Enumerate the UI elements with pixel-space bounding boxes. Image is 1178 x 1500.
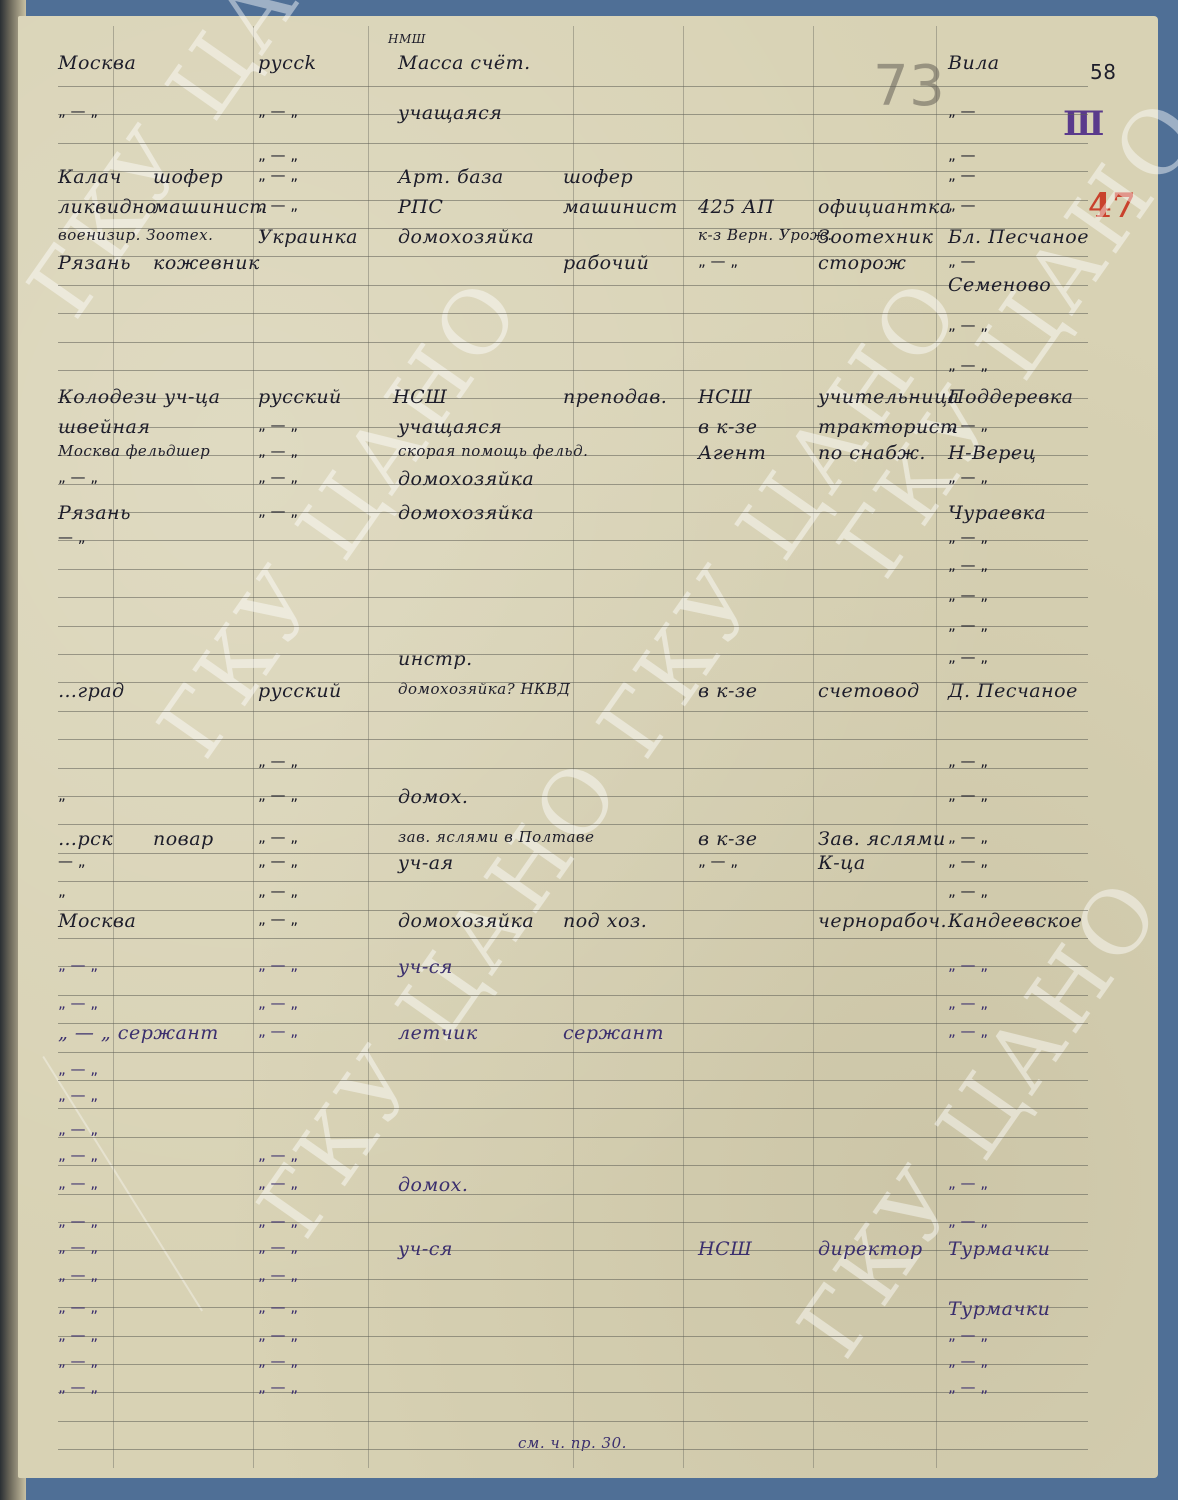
ruled-line bbox=[58, 1108, 1088, 1109]
cell-place: Калач bbox=[58, 166, 122, 188]
cell-place2: машинист bbox=[153, 196, 268, 218]
ruled-line bbox=[58, 995, 1088, 996]
cell-village: „ — „ bbox=[948, 1326, 988, 1344]
cell-nationality: русский bbox=[258, 386, 342, 408]
ruled-line bbox=[58, 1137, 1088, 1138]
cell-occupation: скорая помощь фельд. bbox=[398, 442, 588, 460]
cell-occupation: учащаяся bbox=[398, 102, 502, 124]
ruled-line bbox=[58, 1194, 1088, 1195]
ruled-line bbox=[58, 86, 1088, 87]
cell-village: „ — „ bbox=[948, 616, 988, 634]
cell-place: военизир. Зоотех. bbox=[58, 226, 213, 244]
cell-nationality: „ — „ bbox=[258, 1298, 298, 1316]
cell-place: …рск bbox=[58, 828, 113, 850]
cell-place: „ — „ сержант bbox=[58, 1022, 219, 1044]
cell-occupation: домохозяйка? НКВД bbox=[398, 680, 570, 698]
cell-occupation: Массa счёт. bbox=[398, 52, 531, 74]
cell-unit: „ — „ bbox=[698, 252, 738, 270]
cell-occupation: РПС bbox=[398, 196, 443, 218]
cell-place: „ bbox=[58, 882, 66, 900]
ruled-line bbox=[58, 1250, 1088, 1251]
ruled-line bbox=[58, 597, 1088, 598]
ruled-line bbox=[58, 1222, 1088, 1223]
cell-place: „ — „ bbox=[58, 1174, 98, 1192]
cell-occupation3: тракторист bbox=[818, 416, 958, 438]
ruled-line bbox=[58, 313, 1088, 314]
cell-nationality: „ — „ bbox=[258, 166, 298, 184]
ruled-line bbox=[58, 285, 1088, 286]
ruled-line bbox=[58, 569, 1088, 570]
cell-nationality: „ — „ bbox=[258, 146, 298, 164]
cell-place: — „ bbox=[58, 528, 86, 546]
cell-village: „ — „ bbox=[948, 1022, 988, 1040]
cell-place: Рязань bbox=[58, 502, 131, 524]
ruled-line bbox=[58, 1421, 1088, 1422]
cell-occupation: учащаяся bbox=[398, 416, 502, 438]
column-rule bbox=[253, 26, 254, 1468]
cell-occupation3: учительница bbox=[818, 386, 960, 408]
cell-nationality: „ — „ bbox=[258, 852, 298, 870]
cell-nationality: „ — „ bbox=[258, 1266, 298, 1284]
cell-place: ликвидно bbox=[58, 196, 157, 218]
cell-edu: НМШ bbox=[388, 32, 426, 46]
cell-occupation: уч-ая bbox=[398, 852, 454, 874]
cell-village: Турмачки bbox=[948, 1298, 1050, 1320]
ledger-page: 73 58 Ⅲ 47 см. ч. пр. 30. ГКУ ЦАНО ГКУ Ц… bbox=[18, 16, 1158, 1478]
cell-village: „ — „ bbox=[948, 316, 988, 334]
cell-village: „ — bbox=[948, 102, 976, 120]
cell-village: „ — „ bbox=[948, 1212, 988, 1230]
ruled-line bbox=[58, 824, 1088, 825]
cell-place: — „ bbox=[58, 852, 86, 870]
cell-village: „ — „ bbox=[948, 882, 988, 900]
cell-occupation2: преподав. bbox=[563, 386, 667, 408]
ruled-line bbox=[58, 1364, 1088, 1365]
cell-place: „ — „ bbox=[58, 1298, 98, 1316]
cell-occupation2: сержант bbox=[563, 1022, 664, 1044]
cell-village: Д. Песчаное bbox=[948, 680, 1078, 702]
ruled-line bbox=[58, 881, 1088, 882]
cell-occupation: уч-ся bbox=[398, 1238, 453, 1260]
cell-place: „ — „ bbox=[58, 1266, 98, 1284]
cell-place: „ — „ bbox=[58, 1120, 98, 1138]
ruled-line bbox=[58, 711, 1088, 712]
cell-place2: шофер bbox=[153, 166, 223, 188]
cell-village: „ — „ bbox=[948, 556, 988, 574]
cell-place: Колодези уч-ца bbox=[58, 386, 220, 408]
ruled-line bbox=[58, 1165, 1088, 1166]
ruled-line bbox=[58, 114, 1088, 115]
cell-village: „ — „ bbox=[948, 752, 988, 770]
cell-village: „ — bbox=[948, 166, 976, 184]
cell-place: Москва bbox=[58, 910, 136, 932]
ruled-line bbox=[58, 1052, 1088, 1053]
cell-village: „ — „ bbox=[948, 852, 988, 870]
cell-occupation: домох. bbox=[398, 786, 468, 808]
cell-place: „ — „ bbox=[58, 1086, 98, 1104]
cell-nationality: „ — „ bbox=[258, 956, 298, 974]
cell-nationality: „ — „ bbox=[258, 994, 298, 1012]
cell-village: „ — „ bbox=[948, 994, 988, 1012]
ruled-line bbox=[58, 342, 1088, 343]
cell-nationality: „ — „ bbox=[258, 752, 298, 770]
cell-occupation: инстр. bbox=[398, 648, 473, 670]
cell-village: „ — „ bbox=[948, 528, 988, 546]
cell-village: „ — „ bbox=[948, 956, 988, 974]
cell-nationality: „ — „ bbox=[258, 102, 298, 120]
cell-nationality: „ — „ bbox=[258, 786, 298, 804]
cell-occupation3: счетовод bbox=[818, 680, 920, 702]
cell-village: Семеново bbox=[948, 274, 1051, 296]
cell-village: „ — „ bbox=[948, 828, 988, 846]
cell-village: Бл. Песчаное bbox=[948, 226, 1089, 248]
column-rule bbox=[936, 26, 937, 1468]
cell-village: „ — „ bbox=[948, 586, 988, 604]
cell-occupation2: рабочий bbox=[563, 252, 649, 274]
sheet-number: 58 bbox=[1090, 60, 1116, 84]
cell-village: „ — „ bbox=[948, 356, 988, 374]
column-rule bbox=[573, 26, 574, 1468]
cell-place: „ — „ bbox=[58, 994, 98, 1012]
column-rule bbox=[683, 26, 684, 1468]
cell-place: „ — „ bbox=[58, 1378, 98, 1396]
cell-occupation: домохозяйка bbox=[398, 468, 534, 490]
cell-village: „ — „ bbox=[948, 648, 988, 666]
cell-occupation3: официантка bbox=[818, 196, 952, 218]
cell-occupation3: чернорабоч. bbox=[818, 910, 947, 932]
cell-occupation: летчик bbox=[398, 1022, 478, 1044]
cell-occupation3: Зав. яслями bbox=[818, 828, 946, 850]
ruled-line bbox=[58, 484, 1088, 485]
cell-unit: в к-зе bbox=[698, 828, 757, 850]
cell-nationality: „ — „ bbox=[258, 1022, 298, 1040]
cell-occupation2: под хоз. bbox=[563, 910, 647, 932]
ruled-line bbox=[58, 1336, 1088, 1337]
cell-unit: НСШ bbox=[698, 386, 752, 408]
cell-place: швейная bbox=[58, 416, 150, 438]
cell-place: …град bbox=[58, 680, 125, 702]
cell-place: „ — „ bbox=[58, 1352, 98, 1370]
cell-nationality: „ — „ bbox=[258, 1352, 298, 1370]
cell-village: Чураевка bbox=[948, 502, 1046, 524]
cell-occupation2: шофер bbox=[563, 166, 633, 188]
archive-watermark: ГКУ ЦАНО bbox=[578, 259, 983, 775]
cell-place: Москва bbox=[58, 52, 136, 74]
cell-nationality: „ — „ bbox=[258, 828, 298, 846]
cell-unit: в к-зе bbox=[698, 416, 757, 438]
ruled-line bbox=[58, 626, 1088, 627]
cell-occupation: домох. bbox=[398, 1174, 468, 1196]
cell-unit: Агент bbox=[698, 442, 766, 464]
cell-place: „ — „ bbox=[58, 1060, 98, 1078]
ruled-line bbox=[58, 966, 1088, 967]
cell-occupation: домохозяйка bbox=[398, 910, 534, 932]
column-rule bbox=[368, 26, 369, 1468]
cell-nationality: „ — „ bbox=[258, 1238, 298, 1256]
cell-place: „ — „ bbox=[58, 102, 98, 120]
cell-occupation: Арт. база bbox=[398, 166, 504, 188]
cell-occupation3: Зоотехник bbox=[818, 226, 933, 248]
cell-occupation2: машинист bbox=[563, 196, 678, 218]
cell-place2: кожевник bbox=[153, 252, 260, 274]
cell-nationality: „ — „ bbox=[258, 196, 298, 214]
cell-edu: НСШ bbox=[393, 386, 447, 408]
cell-unit: к-з Верн. Урож. bbox=[698, 226, 833, 244]
cell-occupation3: К-ца bbox=[818, 852, 866, 874]
red-correction-mark: Ⅲ bbox=[1063, 104, 1105, 144]
cell-village: Турмачки bbox=[948, 1238, 1050, 1260]
cell-nationality: „ — „ bbox=[258, 1146, 298, 1164]
cell-nationality: „ — „ bbox=[258, 468, 298, 486]
ruled-line bbox=[58, 1307, 1088, 1308]
cell-occupation: домохозяйка bbox=[398, 502, 534, 524]
cell-unit: в к-зе bbox=[698, 680, 757, 702]
cell-place2: повар bbox=[153, 828, 214, 850]
cell-place: „ — „ bbox=[58, 1326, 98, 1344]
cell-occupation: домохозяйка bbox=[398, 226, 534, 248]
cell-village: „ — „ bbox=[948, 1174, 988, 1192]
cell-village: „ — bbox=[948, 146, 976, 164]
cell-place: Рязань bbox=[58, 252, 131, 274]
cell-nationality: Украинка bbox=[258, 226, 358, 248]
ruled-line bbox=[58, 1392, 1088, 1393]
cell-village: „ — „ bbox=[948, 1352, 988, 1370]
cell-place: Москва фельдшер bbox=[58, 442, 210, 460]
cell-unit: НСШ bbox=[698, 1238, 752, 1260]
ruled-line bbox=[58, 768, 1088, 769]
ruled-line bbox=[58, 143, 1088, 144]
ruled-line bbox=[58, 540, 1088, 541]
cell-place: „ bbox=[58, 786, 66, 804]
cell-unit: 425 АП bbox=[698, 196, 774, 218]
cell-village: „ — „ bbox=[948, 1378, 988, 1396]
cell-occupation: уч-ся bbox=[398, 956, 453, 978]
cell-nationality: „ — „ bbox=[258, 442, 298, 460]
ruled-line bbox=[58, 1449, 1088, 1450]
cell-village: „ — „ bbox=[948, 786, 988, 804]
ruled-line bbox=[58, 796, 1088, 797]
ruled-line bbox=[58, 370, 1088, 371]
cell-place: „ — „ bbox=[58, 1238, 98, 1256]
cell-place: „ — „ bbox=[58, 956, 98, 974]
cell-nationality: „ — „ bbox=[258, 1212, 298, 1230]
cell-occupation: зав. яслями в Полтаве bbox=[398, 828, 595, 846]
red-correction-mark: 47 bbox=[1088, 186, 1136, 226]
cell-nationality: руссk bbox=[258, 52, 316, 74]
ruled-line bbox=[58, 1080, 1088, 1081]
ruled-line bbox=[58, 1279, 1088, 1280]
cell-village: „ — „ bbox=[948, 468, 988, 486]
cell-place: „ — „ bbox=[58, 1212, 98, 1230]
ruled-line bbox=[58, 654, 1088, 655]
cell-place: „ — „ bbox=[58, 468, 98, 486]
cell-nationality: „ — „ bbox=[258, 416, 298, 434]
ruled-line bbox=[58, 512, 1088, 513]
cell-nationality: „ — „ bbox=[258, 1326, 298, 1344]
cell-nationality: „ — „ bbox=[258, 1174, 298, 1192]
cell-nationality: русский bbox=[258, 680, 342, 702]
ruled-line bbox=[58, 938, 1088, 939]
cell-place: „ — „ bbox=[58, 1146, 98, 1164]
cell-nationality: „ — „ bbox=[258, 1378, 298, 1396]
ruled-line bbox=[58, 682, 1088, 683]
cell-nationality: „ — „ bbox=[258, 882, 298, 900]
ruled-line bbox=[58, 853, 1088, 854]
cell-village: Поддеревка bbox=[948, 386, 1073, 408]
cell-village: „ — „ bbox=[948, 416, 988, 434]
cell-village: Н-Верец bbox=[948, 442, 1036, 464]
cell-village: „ — bbox=[948, 252, 976, 270]
cell-occupation3: сторож bbox=[818, 252, 906, 274]
cell-unit: „ — „ bbox=[698, 852, 738, 870]
ruled-line bbox=[58, 739, 1088, 740]
cell-nationality: „ — „ bbox=[258, 910, 298, 928]
cell-occupation3: по снабж. bbox=[818, 442, 926, 464]
cell-village: Вила bbox=[948, 52, 1000, 74]
cell-occupation3: директор bbox=[818, 1238, 923, 1260]
cell-nationality: „ — „ bbox=[258, 502, 298, 520]
cell-village: Кандеевское bbox=[948, 910, 1082, 932]
cell-village: „ — bbox=[948, 196, 976, 214]
